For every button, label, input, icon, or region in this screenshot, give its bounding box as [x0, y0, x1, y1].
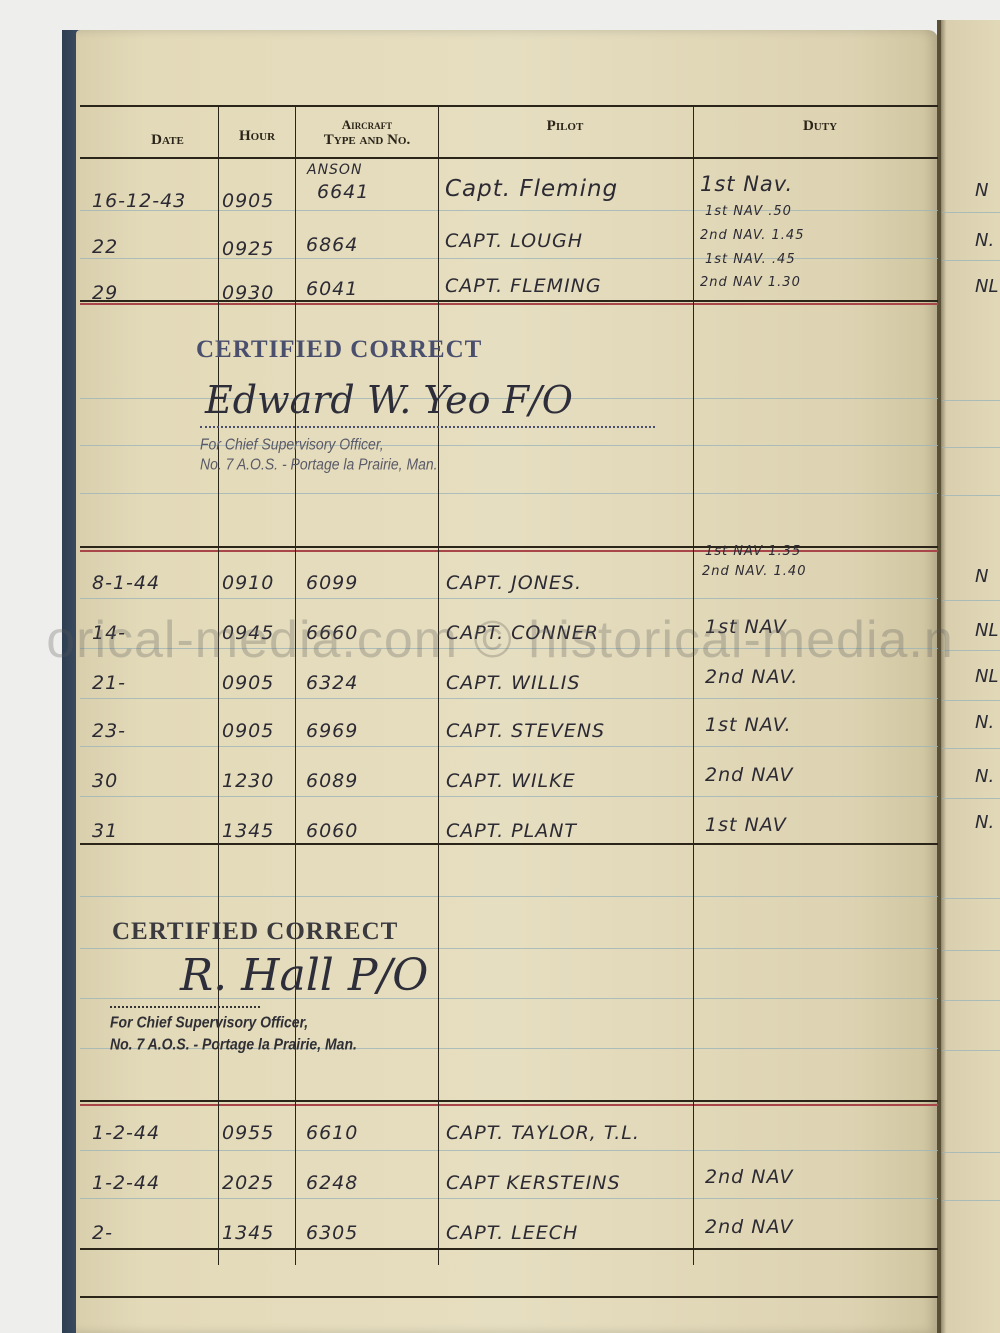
- row-pilot: CAPT KERSTEINS: [446, 1172, 621, 1194]
- row-aircraft-no: 6060: [306, 820, 358, 842]
- rule-line: [942, 495, 1000, 496]
- stamp-line-1: For Chief Supervisory Officer,: [110, 1013, 308, 1031]
- rule-line: [80, 493, 938, 494]
- rule-line: [942, 950, 1000, 951]
- rule-line: [80, 546, 938, 548]
- row-date: 1-2-44: [92, 1122, 160, 1144]
- signature: Edward W. Yeo F/O: [205, 378, 573, 422]
- row-date: 29: [92, 282, 118, 304]
- rule-line: [942, 1050, 1000, 1051]
- rule-line: [80, 157, 938, 159]
- stamp-title: CERTIFIED CORRECT: [196, 336, 482, 364]
- rule-line: [80, 1296, 938, 1298]
- rule-line: [942, 798, 1000, 799]
- row-pilot: CAPT. WILLIS: [446, 672, 580, 694]
- row-date: 8-1-44: [92, 572, 160, 594]
- facing-page-fragment: N: [975, 180, 988, 201]
- facing-page-fragment: N.: [975, 812, 994, 833]
- row-pilot: CAPT. LEECH: [446, 1222, 578, 1244]
- row-hour: 0905: [222, 720, 274, 742]
- rule-line: [80, 1100, 938, 1102]
- rule-line: [80, 550, 938, 552]
- rule-line: [942, 1000, 1000, 1001]
- row-aircraft-no: 6641: [317, 181, 369, 203]
- row-duty: 1st NAV. .45: [705, 252, 796, 267]
- header-aircraft: Aircraft: [298, 116, 436, 133]
- row-pilot: CAPT. TAYLOR, T.L.: [446, 1122, 640, 1144]
- row-hour: 0905: [222, 190, 274, 212]
- rule-line: [80, 746, 938, 747]
- row-aircraft-no: 6248: [306, 1172, 358, 1194]
- row-date: 21-: [92, 672, 126, 694]
- rule-line: [942, 898, 1000, 899]
- row-date: 23-: [92, 720, 126, 742]
- row-date: 2-: [92, 1222, 113, 1244]
- row-duty: 1st NAV: [705, 814, 787, 836]
- rule-line: [80, 210, 938, 211]
- row-duty: 1st NAV 1.35: [705, 544, 801, 559]
- rule-line: [80, 303, 938, 305]
- row-pilot: CAPT. STEVENS: [446, 720, 605, 742]
- row-date: 1-2-44: [92, 1172, 160, 1194]
- header-duty: Duty: [696, 118, 944, 135]
- row-hour: 0930: [222, 282, 274, 304]
- row-hour: 2025: [222, 1172, 274, 1194]
- rule-line: [80, 1248, 938, 1250]
- row-aircraft-no: 6041: [306, 278, 358, 300]
- row-date: 22: [92, 236, 118, 258]
- stamp-line-2: No. 7 A.O.S. - Portage la Prairie, Man.: [110, 1035, 357, 1053]
- row-pilot: Capt. Fleming: [445, 176, 618, 202]
- header-hour: Hour: [222, 128, 292, 145]
- row-date: 30: [92, 770, 118, 792]
- row-date: 16-12-43: [92, 190, 186, 212]
- rule-line: [80, 843, 938, 845]
- facing-page-fragment: N.: [975, 712, 994, 733]
- header-date: Date: [120, 132, 215, 149]
- signature-line: [200, 426, 655, 428]
- rule-line: [942, 700, 1000, 701]
- column-divider: [693, 105, 694, 1265]
- rule-line: [80, 1104, 938, 1106]
- row-duty: 2nd NAV. 1.40: [702, 564, 806, 579]
- row-duty: 1st NAV .50: [705, 204, 792, 219]
- rule-line: [80, 796, 938, 797]
- row-aircraft-no: 6099: [306, 572, 358, 594]
- column-divider: [438, 105, 439, 1265]
- header-pilot: Pilot: [440, 118, 690, 135]
- rule-line: [942, 600, 1000, 601]
- row-hour: 1345: [222, 820, 274, 842]
- row-aircraft-no: 6864: [306, 234, 358, 256]
- row-aircraft-no: 6324: [306, 672, 358, 694]
- rule-line: [80, 300, 938, 302]
- column-divider: [295, 105, 296, 1265]
- row-hour: 0955: [222, 1122, 274, 1144]
- rule-line: [80, 948, 938, 949]
- facing-page-fragment: N.: [975, 230, 994, 251]
- row-aircraft-no: 6610: [306, 1122, 358, 1144]
- row-duty: 1st NAV.: [705, 714, 792, 736]
- row-hour: 1230: [222, 770, 274, 792]
- column-divider: [218, 105, 219, 1265]
- row-pilot: CAPT. LOUGH: [445, 230, 583, 252]
- rule-line: [942, 447, 1000, 448]
- rule-line: [80, 896, 938, 897]
- row-aircraft-type: ANSON: [307, 162, 362, 178]
- row-pilot: CAPT. WILKE: [446, 770, 576, 792]
- signature-line: [110, 1006, 260, 1008]
- row-date: 31: [92, 820, 118, 842]
- facing-page-fragment: NL: [975, 276, 999, 297]
- binding-thread: [937, 20, 941, 1333]
- rule-line: [80, 1198, 938, 1199]
- row-pilot: CAPT. FLEMING: [445, 275, 602, 297]
- row-duty: 1st Nav.: [700, 172, 793, 196]
- rule-line: [80, 105, 938, 107]
- row-hour: 0905: [222, 672, 274, 694]
- rule-line: [942, 212, 1000, 213]
- row-pilot: CAPT. PLANT: [446, 820, 577, 842]
- watermark: orical-media.com © historical-media.n: [0, 610, 1000, 670]
- signature: R. Hall P/O: [180, 950, 428, 1001]
- row-hour: 1345: [222, 1222, 274, 1244]
- facing-page-fragment: N: [975, 566, 988, 587]
- rule-line: [80, 258, 938, 259]
- facing-page-fragment: N.: [975, 766, 994, 787]
- row-pilot: CAPT. JONES.: [446, 572, 582, 594]
- rule-line: [80, 698, 938, 699]
- row-hour: 0925: [222, 238, 274, 260]
- stamp-line-1: For Chief Supervisory Officer,: [200, 435, 384, 453]
- row-duty: 2nd NAV: [705, 1216, 794, 1238]
- rule-line: [942, 1152, 1000, 1153]
- rule-line: [942, 1200, 1000, 1201]
- row-aircraft-no: 6969: [306, 720, 358, 742]
- stamp-title: CERTIFIED CORRECT: [112, 918, 398, 946]
- row-aircraft-no: 6305: [306, 1222, 358, 1244]
- row-duty: 2nd NAV: [705, 764, 794, 786]
- rule-line: [80, 598, 938, 599]
- row-aircraft-no: 6089: [306, 770, 358, 792]
- rule-line: [942, 260, 1000, 261]
- row-duty: 2nd NAV 1.30: [700, 275, 801, 290]
- rule-line: [80, 1150, 938, 1151]
- stamp-line-2: No. 7 A.O.S. - Portage la Prairie, Man.: [200, 455, 438, 473]
- rule-line: [942, 400, 1000, 401]
- row-duty: 2nd NAV. 1.45: [700, 228, 804, 243]
- row-duty: 2nd NAV: [705, 1166, 794, 1188]
- rule-line: [942, 748, 1000, 749]
- row-hour: 0910: [222, 572, 274, 594]
- header-aircraft-type: Type and No.: [298, 132, 436, 149]
